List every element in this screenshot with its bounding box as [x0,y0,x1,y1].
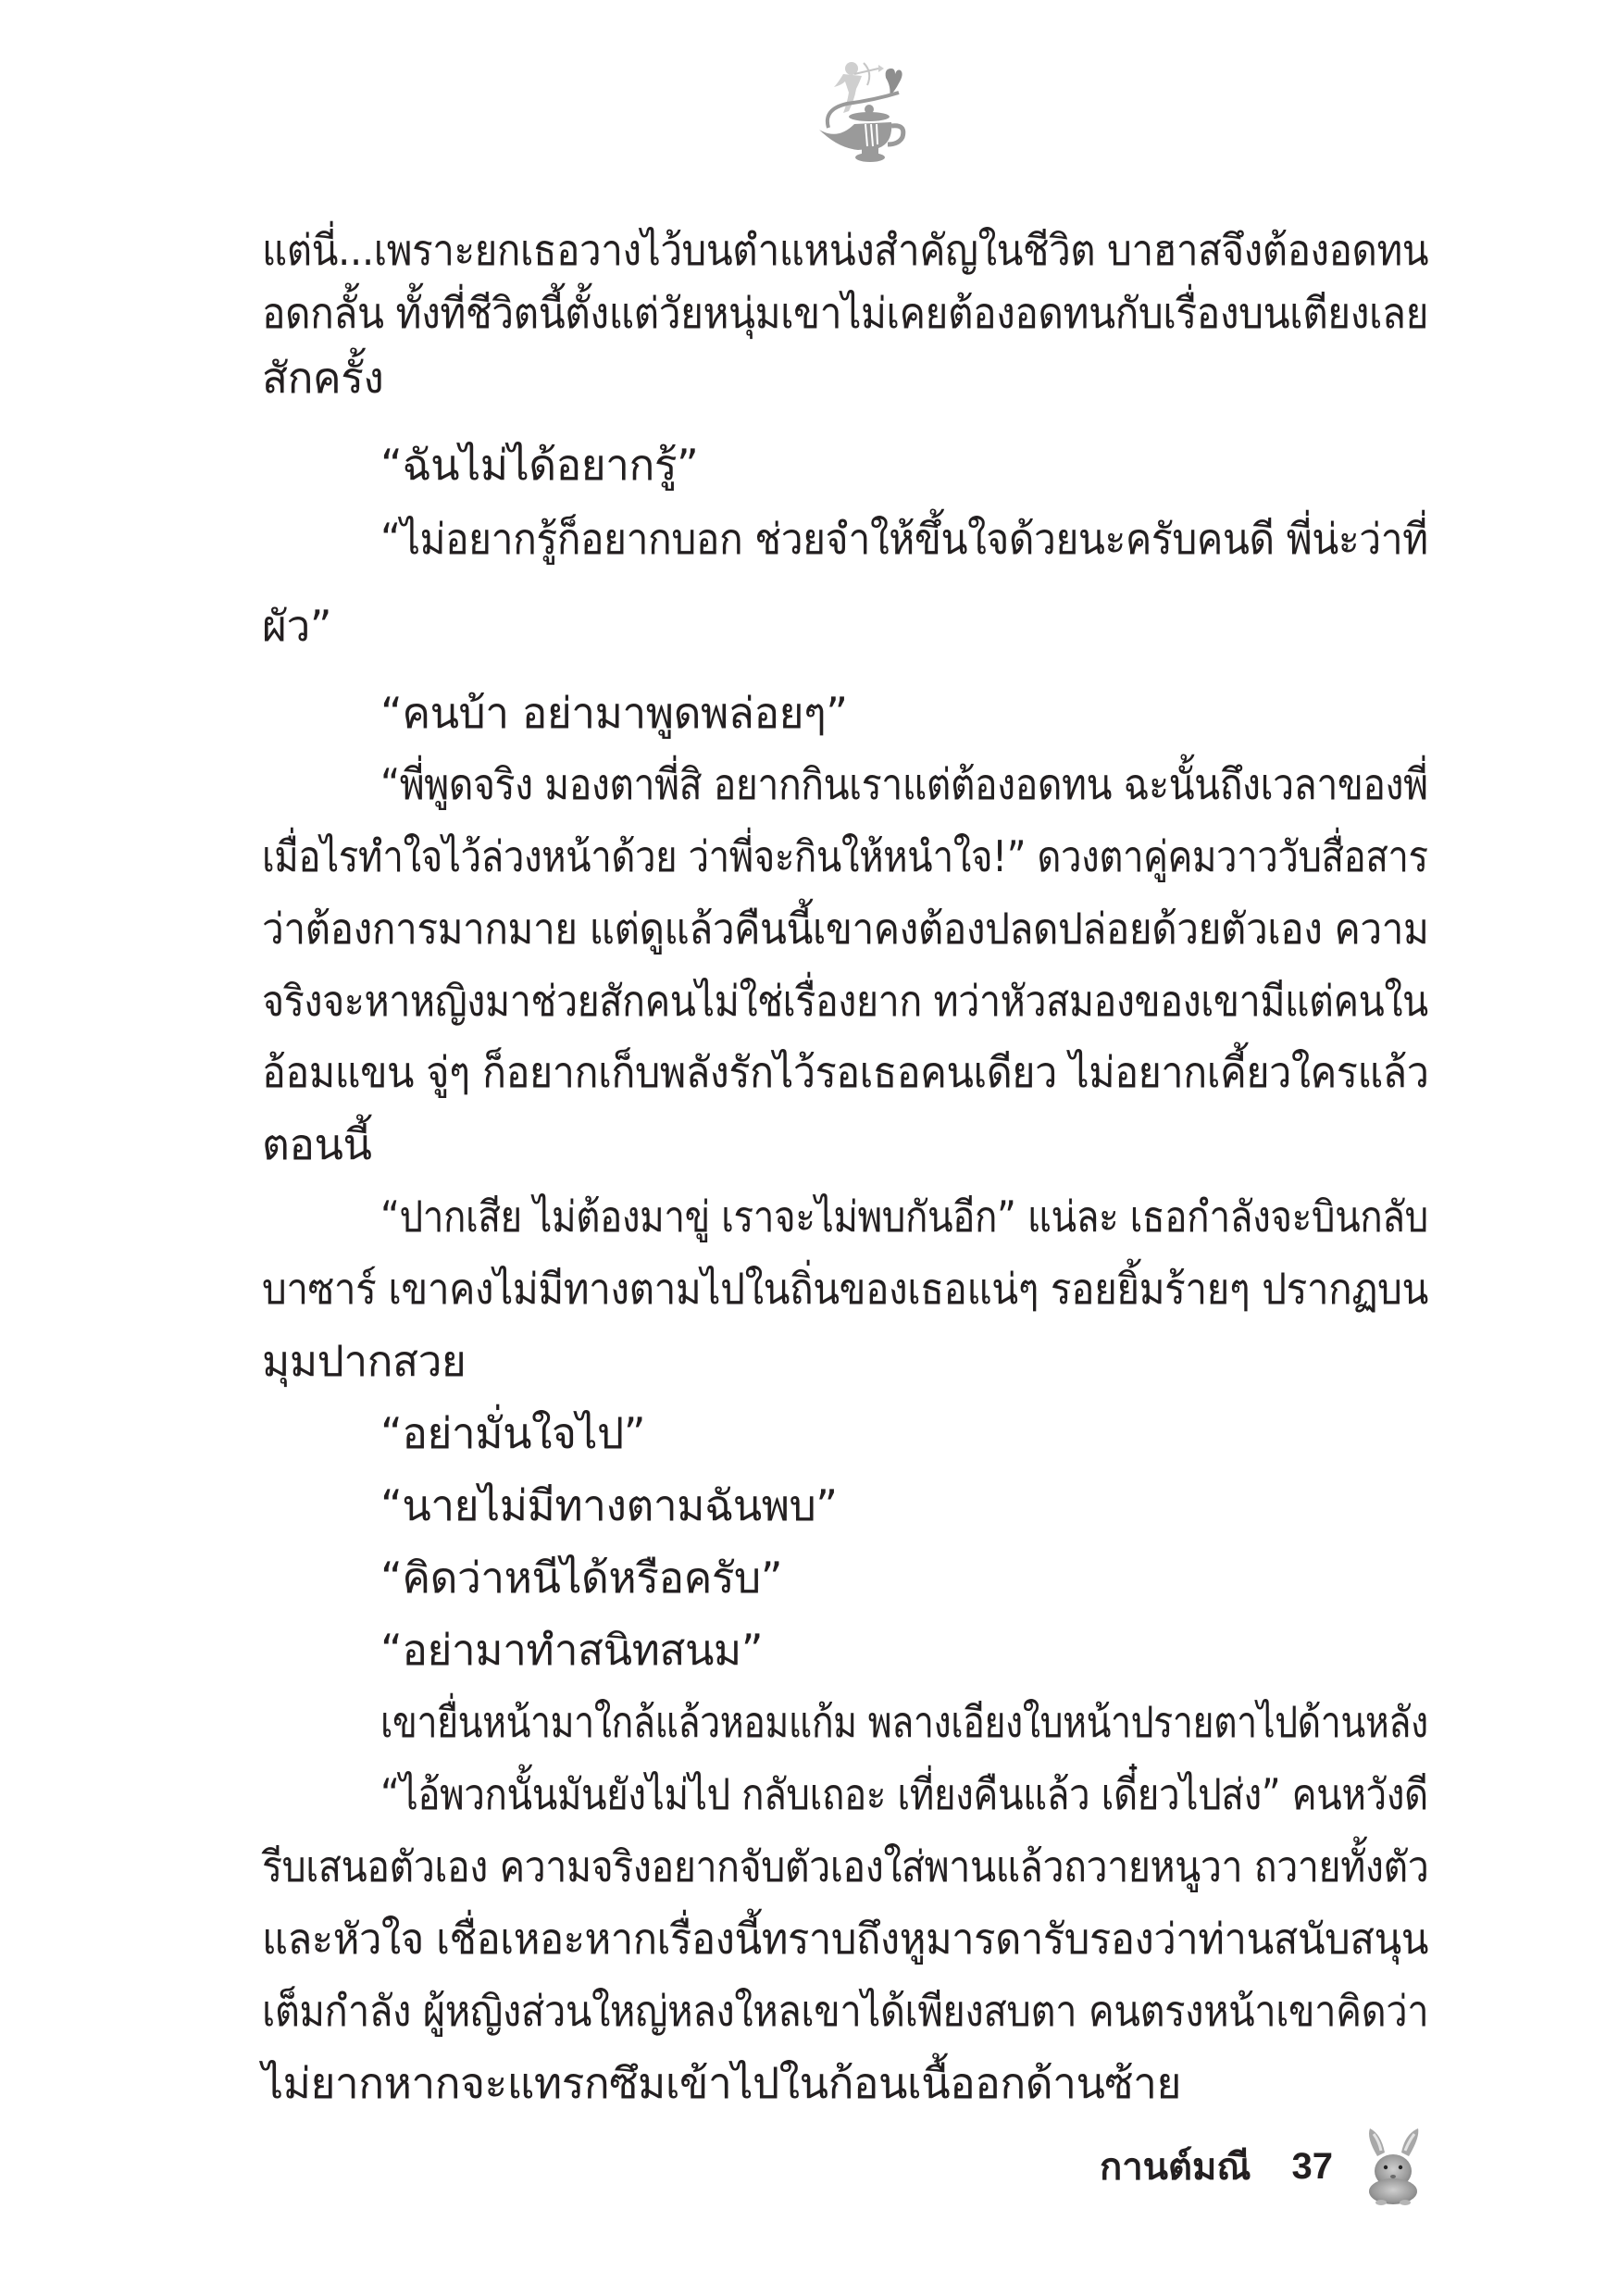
text-line: เต็มกำลัง ผู้หญิงส่วนใหญ่หลงใหลเขาได้เพี… [262,1983,1428,2044]
text-line: “คิดว่าหนีได้หรือครับ” [380,1550,782,1611]
text-line: บาซาร์ เขาคงไม่มีทางตามไปในถิ่นของเธอแน่… [262,1261,1428,1322]
text-line: ว่าต้องการมากมาย แต่ดูแล้วคืนนี้เขาคงต้อ… [262,901,1428,962]
text-line: “ไอ้พวกนั้นมันยังไม่ไป กลับเถอะ เที่ยงคื… [380,1766,1428,1828]
text-line: อ้อมแขน จู่ๆ ก็อยากเก็บพลังรักไว้รอเธอคน… [262,1044,1428,1105]
text-line: “ฉันไม่ได้อยากรู้” [380,437,698,498]
page-footer: กานต์มณี 37 [1100,2120,1425,2213]
book-page: แต่นี่...เพราะยกเธอวางไว้บนตำแหน่งสำคัญใ… [0,0,1618,2296]
page-number: 37 [1291,2146,1333,2188]
text-line: “พี่พูดจริง มองตาพี่สิ อยากกินเราแต่ต้อง… [380,756,1428,817]
rabbit-icon [1361,2125,1425,2208]
text-line: แต่นี่...เพราะยกเธอวางไว้บนตำแหน่งสำคัญใ… [262,222,1428,283]
text-line: ไม่ยากหากจะแทรกซึมเข้าไปในก้อนเนื้ออกด้า… [262,2055,1181,2116]
book-title: กานต์มณี [1100,2137,1251,2196]
cupid-teapot-lamp-icon [810,56,912,167]
text-line: “อย่ามาทำสนิทสนม” [380,1622,763,1683]
text-line: อดกลั้น ทั้งที่ชีวิตนี้ตั้งแต่วัยหนุ่มเข… [262,285,1428,346]
text-line: สักครั้ง [262,350,383,411]
text-line: จริงจะหาหญิงมาช่วยสักคนไม่ใช่เรื่องยาก ท… [262,973,1428,1034]
text-line: ตอนนี้ [262,1117,371,1178]
text-line: “อย่ามั่นใจไป” [380,1405,645,1466]
text-line: “นายไม่มีทางตามฉันพบ” [380,1478,838,1539]
text-line: “ไม่อยากรู้ก็อยากบอก ช่วยจำให้ขึ้นใจด้วย… [380,511,1428,572]
text-line: เมื่อไรทำใจไว้ล่วงหน้าด้วย ว่าพี่จะกินให… [262,829,1428,890]
text-line: ผัว” [262,598,331,659]
text-line: มุมปากสวย [262,1333,466,1394]
text-line: เขายื่นหน้ามาใกล้แล้วหอมแก้ม พลางเอียงใบ… [380,1694,1428,1755]
text-line: รีบเสนอตัวเอง ความจริงอยากจับตัวเองใส่พา… [262,1839,1428,1900]
text-line: และหัวใจ เชื่อเหอะหากเรื่องนี้ทราบถึงหูม… [262,1911,1428,1972]
text-line: “คนบ้า อย่ามาพูดพล่อยๆ” [380,685,848,746]
text-line: “ปากเสีย ไม่ต้องมาขู่ เราจะไม่พบกันอีก” … [380,1189,1428,1250]
